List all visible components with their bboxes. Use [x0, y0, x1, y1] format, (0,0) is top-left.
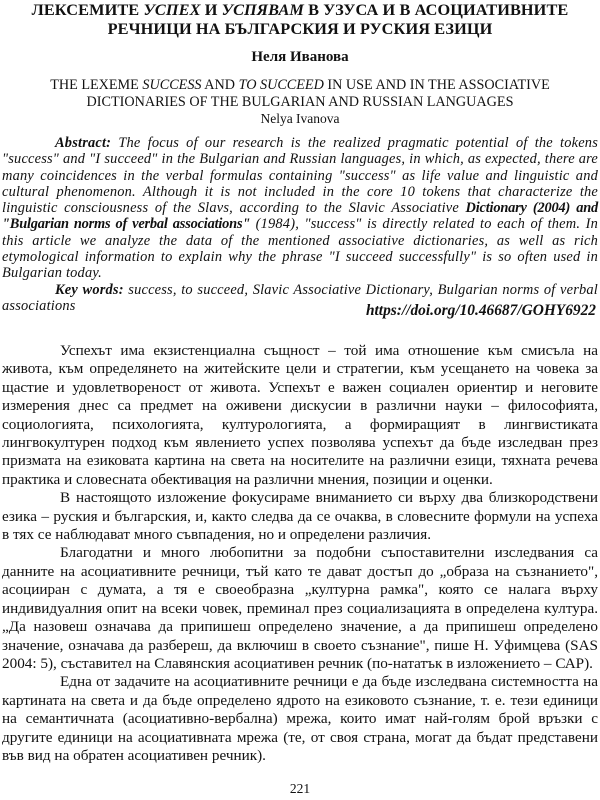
body-paragraph: Благодатни и много любопитни за подобни …: [2, 544, 598, 673]
title-english-line-2: DICTIONARIES OF THE BULGARIAN AND RUSSIA…: [0, 94, 600, 111]
author-english: Nelya Ivanova: [0, 111, 600, 127]
body-text: Успехът има екзистенциална същност – той…: [2, 342, 598, 765]
title-english-line-1: THE LEXEME SUCCESS AND TO SUCCEED IN USE…: [0, 77, 600, 94]
title-keyword-to-succeed: TO SUCCEED: [239, 77, 324, 93]
page-number: 221: [0, 781, 600, 797]
keywords-label: Key words:: [55, 282, 124, 298]
abstract-label: Abstract:: [55, 135, 111, 151]
title-keyword-uspeh: УСПЕХ: [143, 0, 200, 19]
abstract-paragraph: Abstract: The focus of our research is t…: [2, 135, 598, 282]
body-paragraph: Една от задачите на асоциативните речниц…: [2, 673, 598, 765]
document-page: ЛЕКСЕМИТЕ УСПЕХ И УСПЯВАМ В УЗУСА И В АС…: [0, 0, 600, 800]
title-bulgarian-line-2: РЕЧНИЦИ НА БЪЛГАРСКИЯ И РУСКИЯ ЕЗИЦИ: [0, 19, 600, 38]
body-paragraph: В настоящото изложение фокусираме вниман…: [2, 489, 598, 544]
title-keyword-success: SUCCESS: [142, 77, 201, 93]
author-bulgarian: Неля Иванова: [0, 48, 600, 66]
doi-link[interactable]: https://doi.org/10.46687/GOHY6922: [366, 302, 596, 320]
title-keyword-uspyavam: УСПЯВАМ: [222, 0, 304, 19]
title-english: THE LEXEME SUCCESS AND TO SUCCEED IN USE…: [0, 77, 600, 111]
abstract-section: Abstract: The focus of our research is t…: [2, 135, 598, 314]
body-paragraph: Успехът има екзистенциална същност – той…: [2, 342, 598, 489]
title-bulgarian: ЛЕКСЕМИТЕ УСПЕХ И УСПЯВАМ В УЗУСА И В АС…: [0, 0, 600, 38]
title-bulgarian-line-1: ЛЕКСЕМИТЕ УСПЕХ И УСПЯВАМ В УЗУСА И В АС…: [0, 0, 600, 19]
